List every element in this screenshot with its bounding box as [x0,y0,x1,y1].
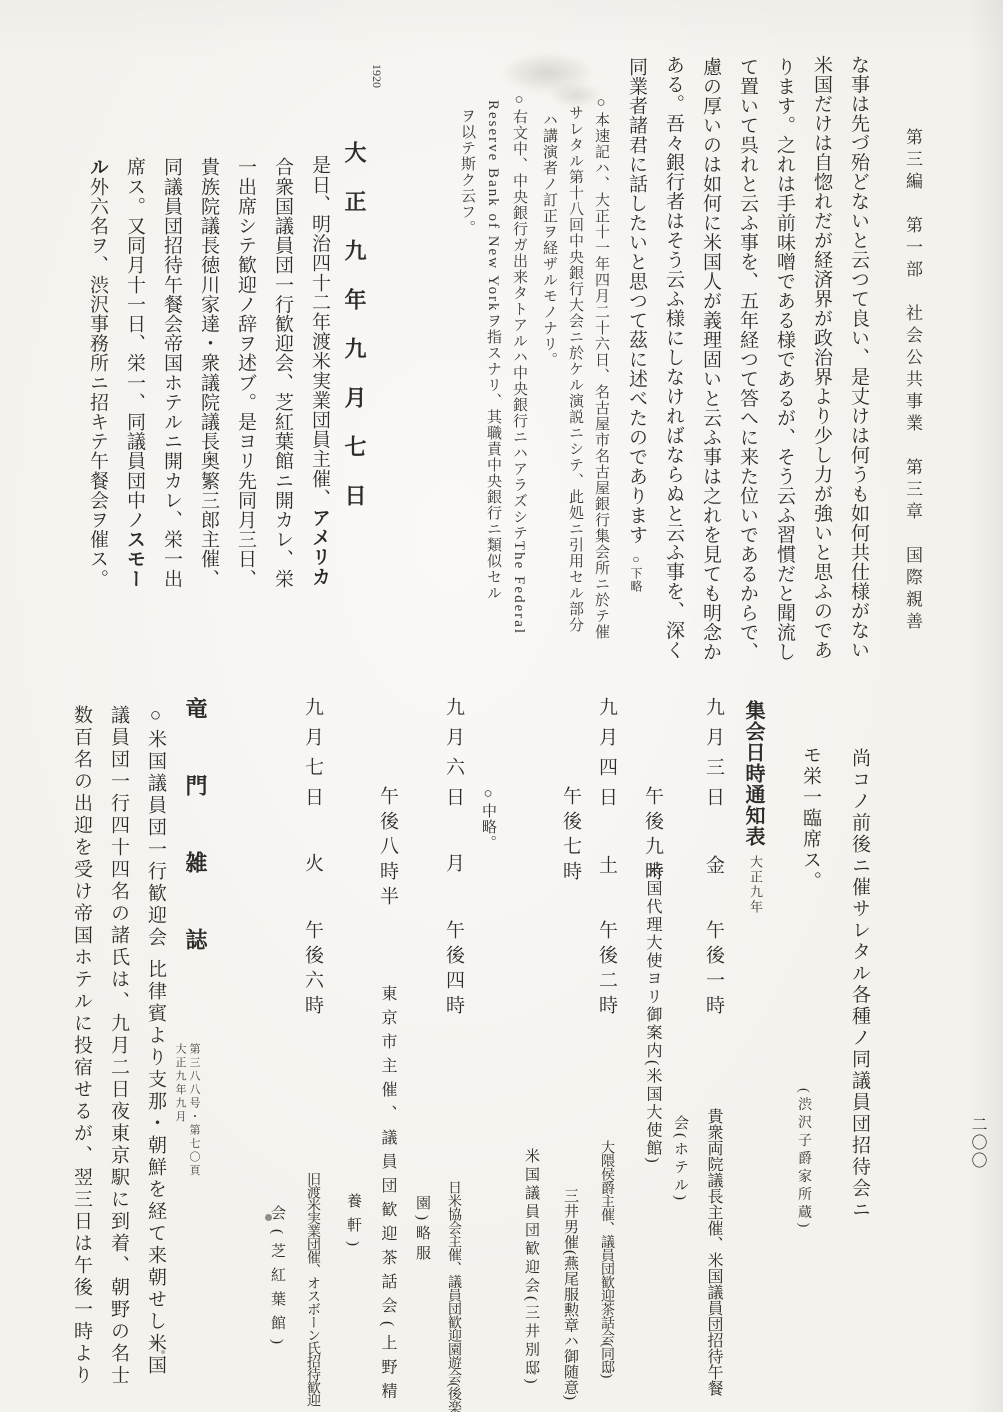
schedule-date: 九月四日 [597,697,616,817]
schedule-day: 火 [303,853,322,872]
entry-body-line: 一出席シテ歓迎ノ辞ヲ述ブ。是ヨリ先同月三日、 [236,157,255,588]
entry-text-emphasis: ル [87,157,108,177]
entry-text: 是日、明治四十二年渡米実業団員主催、 [309,155,330,508]
note-en: The Federal [511,541,527,635]
journal-body-line: ○米国議員団一行歓迎会比律賓より支那・朝鮮を経て来朝せし米国 [146,705,165,1377]
schedule-event-cont: 養軒) [345,1193,360,1255]
entry-body-line: 是日、明治四十二年渡米実業団員主催、アメリカ [310,155,329,586]
schedule-event-cont: 会(ホテル) [672,1115,687,1203]
schedule-event: 米国代理大使ヨリ御案内(米国大使館) [644,862,660,1165]
editorial-note-line: Reserve Bank of New Yorkヲ指スナリ、其職責中央銀行ニ類似… [485,100,500,601]
schedule-event: 大隈侯爵主催、議員団歓迎茶話会(同邸) [599,1140,613,1378]
entry-body-line: 合衆国議員団一行歓迎会、芝紅葉館ニ開カレ、栄 [273,157,292,588]
schedule-date: 九月七日 [303,697,322,817]
entry-body-line: 貴族院議長徳川家達・衆議院議長奥繁三郎主催、 [199,157,218,588]
editorial-note-line: ○本速記ハ、大正十一年四月二十六日、名古屋市名古屋銀行集会所ニ於テ催 [593,95,608,640]
quote-line: な事は先づ殆どないと云つて良い、是丈けは何うも如何共仕様がない [849,55,868,660]
journal-item-title: ○米国議員団一行歓迎会 [145,705,166,949]
entry-body-line: 同議員団招待午餐会帝国ホテルニ開カレ、栄一出 [162,157,181,588]
entry-text-emphasis: スモー [124,529,145,588]
schedule-date: 九月三日 [704,697,723,817]
notice-intro-line: 尚コノ前後ニ催サレタル各種ノ同議員団招待会ニ [850,748,869,1221]
journal-body-line: 議員団一行四十四名の諸氏は、九月二日夜東京駅に到着、朝野の名士 [109,705,128,1387]
schedule-time: 午後二時 [597,920,616,1020]
schedule-date: 九月六日 [444,697,463,817]
schedule-event: 貴衆両院議長主催、米国議員団招待午餐 [705,1108,721,1396]
note-en: Reserve Bank of New York [485,100,501,313]
quote-line: 米国だけは自惚れだが経済界が政治界より少し力が強いと思ふのであ [812,55,831,660]
schedule-time: 午後四時 [444,920,463,1020]
year-label: 1920 [371,64,383,88]
entry-text: 外六名ヲ、渋沢事務所ニ招キテ午餐会ヲ催ス。 [87,177,108,589]
running-head: 第三編 第一部 社会公共事業 第三章 国際親善 [904,128,921,634]
quote-line: て置いて呉れと云ふ事を、五年経つて答へに来た位いであるからで、 [738,57,757,662]
journal-date-label: 大正九年九月 [174,1043,185,1124]
source-attribution: (渋沢子爵家所蔵) [796,1088,810,1231]
schedule-event: 東京市主催、議員団歓迎茶話会(上野精 [379,985,395,1406]
notice-intro-line: モ栄一臨席ス。 [801,745,820,892]
note-jp: ○右文中、中央銀行ガ出来タトアルハ中央銀行ニハアラズシテ [511,92,527,541]
abbreviation-note: ○下略 [629,545,643,593]
notice-table-title: 集会日時通知表 [743,700,763,847]
quote-line: 同業者諸君に話したいと思つて茲に述べたのであります○下略 [627,57,646,593]
note-jp: ヲ指スナリ、其職責中央銀行ニ類似セル [485,313,501,601]
quote-line-text: 同業者諸君に話したいと思つて茲に述べたのであります [626,57,647,545]
journal-title: 竜門雑誌 [184,697,206,1005]
entry-body-line: ル外六名ヲ、渋沢事務所ニ招キテ午餐会ヲ催ス。 [88,157,107,588]
schedule-time: 午後六時 [303,920,322,1020]
schedule-time: 午後一時 [704,920,723,1020]
scan-smudge [500,52,595,94]
schedule-event: 日米協会主催、議員団歓迎園遊会(後楽 [446,1180,460,1412]
scanned-page: 第三編 第一部 社会公共事業 第三章 国際親善 二〇〇 な事は先づ殆どないと云つ… [0,0,1003,1412]
quote-line: ります。之れは手前味噌である様であるが、そう云ふ習慣だと聞流し [775,57,794,662]
editorial-note-line: ヲ以テ斯ク云フ。 [459,108,474,236]
journal-text: 比律賓より支那・朝鮮を経て来朝せし米国 [145,949,166,1377]
schedule-event: 旧渡米実業団催、オスボーン氏招待歓迎 [305,1172,319,1406]
schedule-time: 午後八時半 [378,786,397,911]
schedule-time: 午後七時 [561,786,580,886]
notice-era-label: 大正九年 [749,855,762,915]
schedule-day: 金 [704,855,723,874]
journal-issue-label: 第三八八号・第七〇頁 [188,1043,199,1178]
entry-text: 席ス。又同月十一日、栄一、同議員団中ノ [124,157,145,529]
editorial-note-line: ○右文中、中央銀行ガ出来タトアルハ中央銀行ニハアラズシテThe Federal [511,92,526,635]
quote-line: 慮の厚いのは如何に米国人が義理固いと云ふ事は之れを見ても明念か [701,57,720,662]
quote-line: ある。吾々銀行者はそう云ふ様にしなければならぬと云ふ事を、深く [664,55,683,660]
editorial-note-line: ハ講演者ノ訂正ヲ経ザルモノナリ。 [541,112,556,368]
editorial-note-line: サレタル第十八回中央銀行大会ニ於ケル演説ニシテ、此処ニ引用セル部分 [567,105,582,633]
schedule-event-cont: 会(芝紅葉館) [269,1205,284,1353]
entry-date-heading: 大正九年九月七日 [343,141,365,533]
schedule-event-cont: 園)略服 [414,1195,429,1265]
omission-note: ○中略。 [480,786,495,851]
entry-text-emphasis: アメリカ [309,508,330,586]
schedule-day: 土 [597,855,616,874]
schedule-event-cont: 米国議員団歓迎会(三井別邸) [523,1148,538,1387]
schedule-day: 月 [444,853,463,872]
entry-body-line: 席ス。又同月十一日、栄一、同議員団中ノスモー [125,157,144,588]
schedule-event: 三井男催(燕尾服勲章ハ御随意) [562,1188,577,1401]
page-number: 二〇〇 [969,1116,985,1170]
journal-body-line: 数百名の出迎を受け帝国ホテルに投宿せるが、翌三日は午後一時より [72,705,91,1387]
